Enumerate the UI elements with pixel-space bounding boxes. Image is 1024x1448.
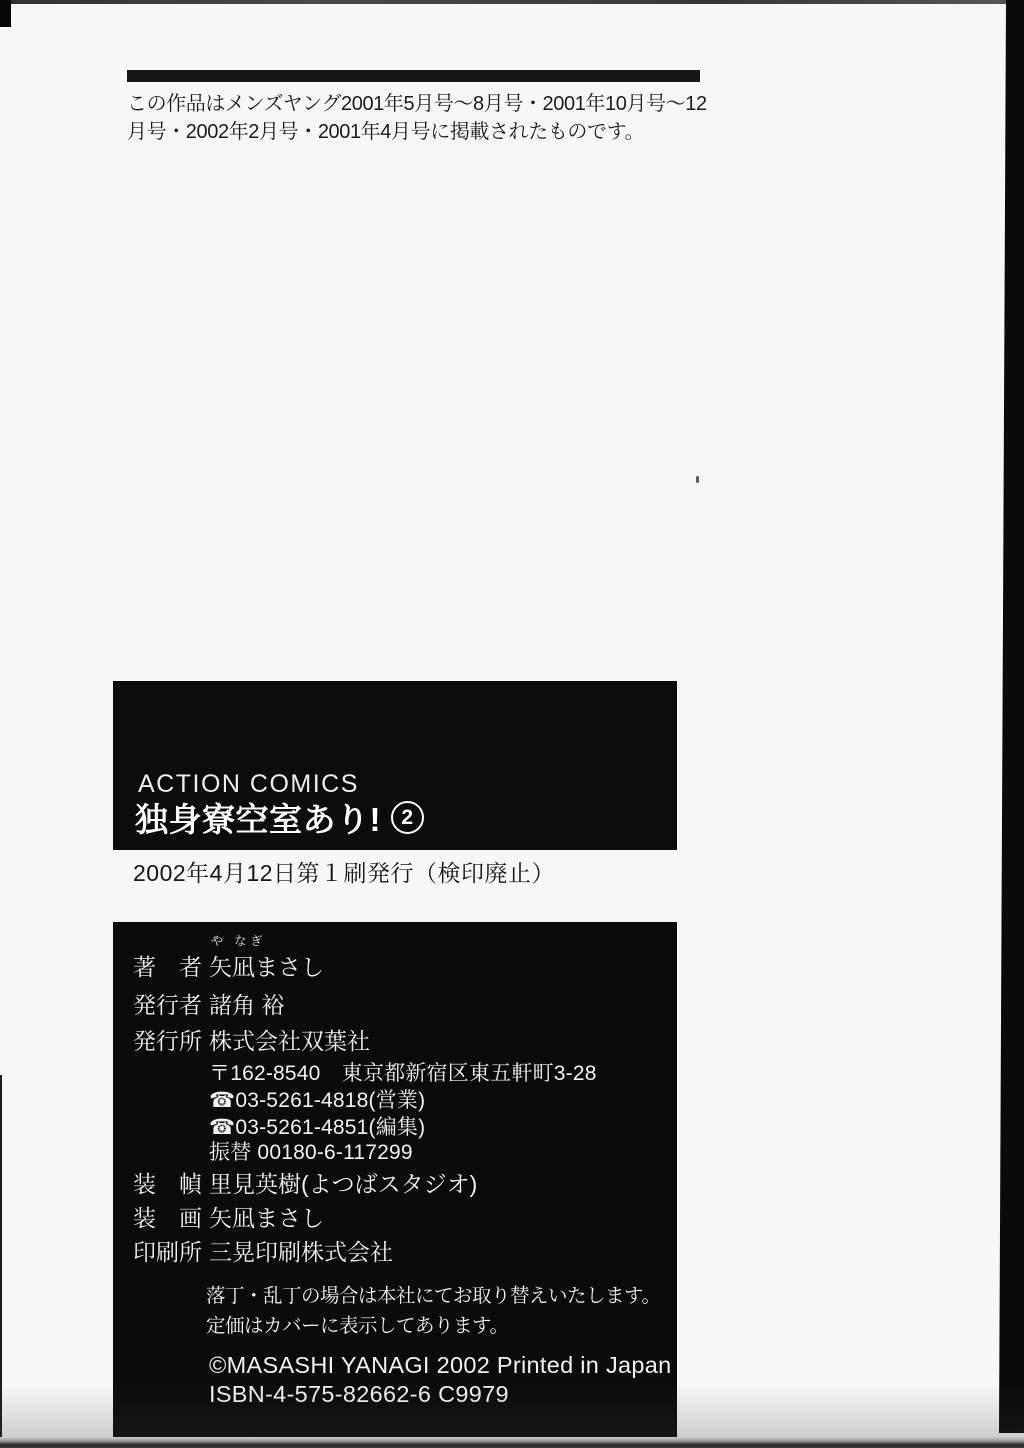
credit-row-design: 装 幀 里見英樹(よつばスタジオ) <box>133 1166 477 1199</box>
credit-value: 諸角 裕 <box>209 987 284 1020</box>
credit-value: 里見英樹(よつばスタジオ) <box>209 1166 477 1199</box>
credit-label: 装 幀 <box>133 1166 202 1199</box>
publisher-postal-transfer: 振替 00180-6-117299 <box>209 1136 413 1166</box>
scan-bottom-edge <box>0 1437 1024 1448</box>
credit-value: 矢凪まさし <box>209 949 324 982</box>
book-title-text: 独身寮空室あり! <box>135 794 381 841</box>
credit-label: 著 者 <box>133 949 202 982</box>
serialization-note: この作品はメンズヤング2001年5月号～8月号・2001年10月号～12 月号・… <box>127 90 727 146</box>
volume-number-badge: 2 <box>391 801 424 834</box>
scan-right-edge <box>999 0 1024 1433</box>
credit-value: 株式会社双葉社 <box>209 1023 370 1056</box>
scan-speck <box>696 476 699 483</box>
credit-row-publisher-person: 発行者 諸角 裕 <box>133 987 284 1020</box>
edition-line: 2002年4月12日第１刷発行（検印廃止） <box>133 855 555 888</box>
credit-value: 三晃印刷株式会社 <box>209 1234 393 1267</box>
credit-row-cover-art: 装 画 矢凪まさし <box>133 1200 324 1233</box>
scan-bottom-shade <box>0 1385 1024 1437</box>
credit-row-author: 著 者 矢凪まさし <box>133 949 324 982</box>
scan-top-edge <box>0 0 1024 4</box>
copyright-line: ©MASASHI YANAGI 2002 Printed in Japan <box>209 1352 672 1379</box>
credit-row-printer: 印刷所 三晃印刷株式会社 <box>133 1234 393 1267</box>
publisher-address: 〒162-8540 東京都新宿区東五軒町3-28 <box>209 1057 597 1087</box>
author-furigana: や なぎ <box>211 932 266 949</box>
replacement-notice: 落丁・乱丁の場合は本社にてお取り替えいたします。 定価はカバーに表示してあります… <box>206 1281 660 1341</box>
colophon-page: この作品はメンズヤング2001年5月号～8月号・2001年10月号～12 月号・… <box>0 0 1024 1448</box>
credit-label: 印刷所 <box>133 1234 202 1267</box>
book-title: 独身寮空室あり! 2 <box>135 794 424 841</box>
scan-corner-mark <box>0 0 11 27</box>
credit-label: 装 画 <box>133 1200 202 1233</box>
divider-bar <box>127 70 700 82</box>
publisher-phone-sales: ☎03-5261-4818(営業) <box>209 1084 425 1114</box>
credit-row-publisher-company: 発行所 株式会社双葉社 <box>133 1023 370 1056</box>
colophon-block: や なぎ 著 者 矢凪まさし 発行者 諸角 裕 発行所 株式会社双葉社 〒162… <box>113 922 677 1438</box>
credit-label: 発行所 <box>133 1023 202 1056</box>
credit-label: 発行者 <box>133 987 202 1020</box>
title-block: ACTION COMICS 独身寮空室あり! 2 <box>113 681 677 850</box>
credit-value: 矢凪まさし <box>209 1200 324 1233</box>
